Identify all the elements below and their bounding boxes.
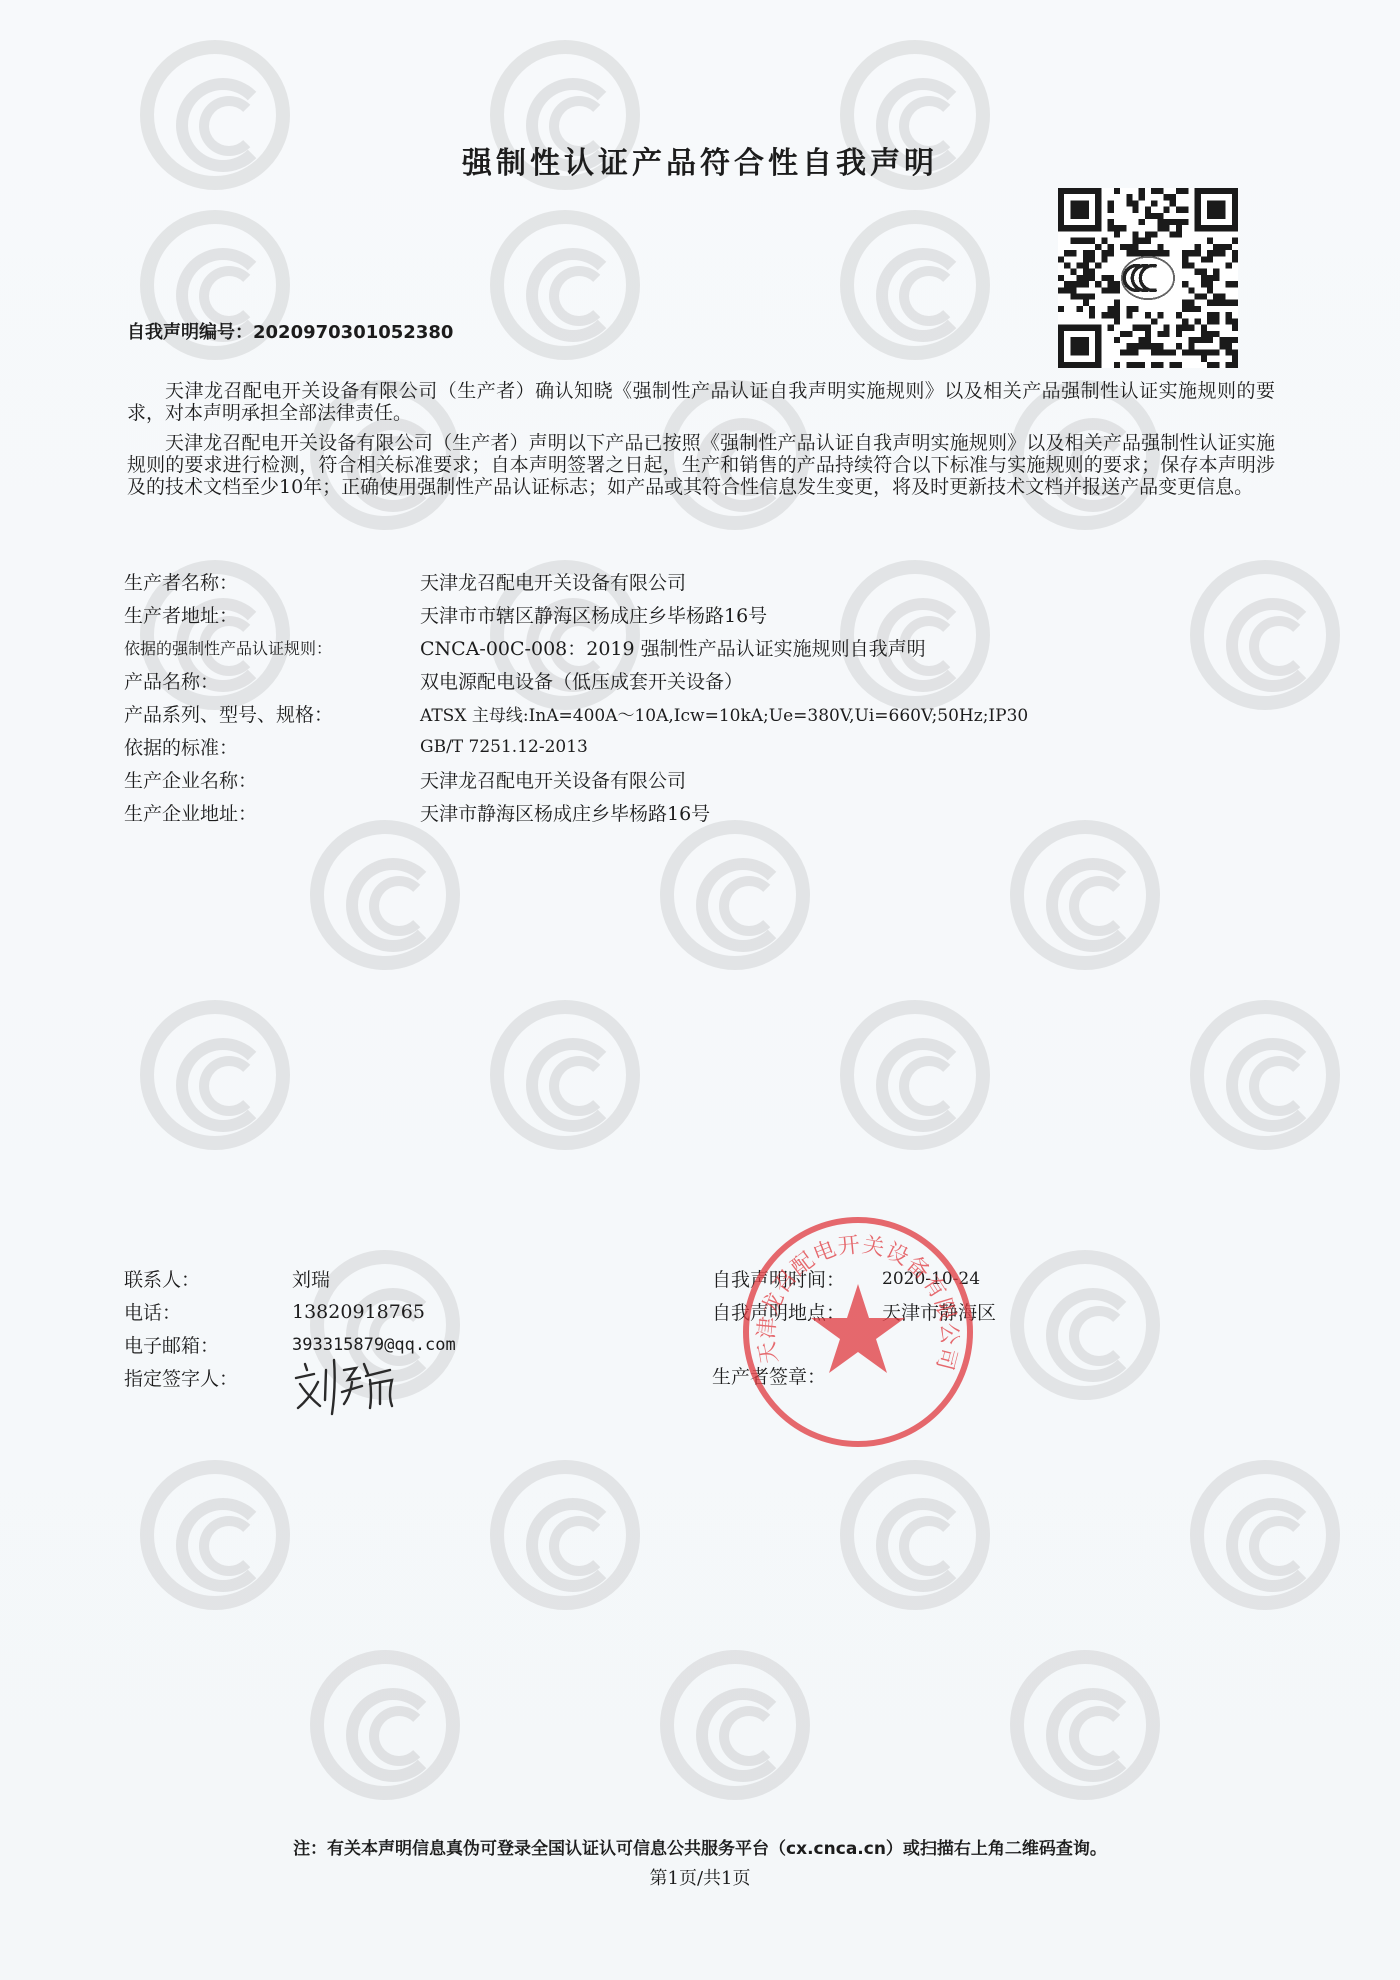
- ccc-watermark-icon: [490, 1460, 640, 1610]
- field-row: 产品名称：双电源配电设备（低压成套开关设备）: [124, 664, 1028, 697]
- ccc-watermark-icon: [840, 1000, 990, 1150]
- contact-row: 联系人：刘瑞: [124, 1262, 456, 1295]
- ccc-watermark-icon: [840, 210, 990, 360]
- company-seal: 天津龙召配电开关设备有限公司: [738, 1212, 978, 1452]
- document-title: 强制性认证产品符合性自我声明: [0, 138, 1400, 182]
- field-row: 生产企业名称：天津龙召配电开关设备有限公司: [124, 763, 1028, 796]
- ccc-watermark-icon: [1190, 1000, 1340, 1150]
- ccc-watermark-icon: [1010, 1650, 1160, 1800]
- ccc-watermark-icon: [660, 820, 810, 970]
- contact-row: 电话：13820918765: [124, 1295, 456, 1328]
- declaration-number-label: 自我声明编号：: [127, 322, 253, 343]
- declaration-page: 强制性认证产品符合性自我声明 自我声明编号：2020970301052380 天…: [0, 0, 1400, 1980]
- ccc-watermark-icon: [490, 1000, 640, 1150]
- ccc-watermark-icon: [490, 210, 640, 360]
- handwritten-signature: [292, 1356, 402, 1416]
- contact-row: 电子邮箱：393315879@qq.com: [124, 1328, 456, 1361]
- paragraph-1: 天津龙召配电开关设备有限公司（生产者）确认知晓《强制性产品认证自我声明实施规则》…: [127, 380, 1275, 424]
- qr-code[interactable]: [1058, 188, 1238, 368]
- product-fields: 生产者名称：天津龙召配电开关设备有限公司 生产者地址：天津市市辖区静海区杨成庄乡…: [124, 565, 1028, 829]
- page-indicator: 第1页/共1页: [0, 1864, 1400, 1890]
- ccc-watermark-icon: [1190, 560, 1340, 710]
- paragraph-2: 天津龙召配电开关设备有限公司（生产者）声明以下产品已按照《强制性产品认证自我声明…: [127, 432, 1275, 498]
- ccc-watermark-icon: [310, 1650, 460, 1800]
- ccc-watermark-icon: [140, 1460, 290, 1610]
- field-row: 依据的强制性产品认证规则：CNCA-00C-008：2019 强制性产品认证实施…: [124, 631, 1028, 664]
- footer-note: 注：有关本声明信息真伪可登录全国认证认可信息公共服务平台（cx.cnca.cn）…: [0, 1834, 1400, 1859]
- field-row: 依据的标准：GB/T 7251.12-2013: [124, 730, 1028, 763]
- ccc-watermark-icon: [1010, 820, 1160, 970]
- ccc-watermark-icon: [840, 1460, 990, 1610]
- ccc-watermark-icon: [1010, 1250, 1160, 1400]
- declaration-body: 天津龙召配电开关设备有限公司（生产者）确认知晓《强制性产品认证自我声明实施规则》…: [127, 380, 1275, 506]
- field-row: 生产者名称：天津龙召配电开关设备有限公司: [124, 565, 1028, 598]
- contact-info: 联系人：刘瑞 电话：13820918765 电子邮箱：393315879@qq.…: [124, 1262, 456, 1394]
- star-icon: [811, 1284, 905, 1373]
- ccc-watermark-icon: [1190, 1460, 1340, 1610]
- ccc-watermark-icon: [660, 1650, 810, 1800]
- field-row: 生产者地址：天津市市辖区静海区杨成庄乡毕杨路16号: [124, 598, 1028, 631]
- contact-row: 指定签字人：: [124, 1361, 456, 1394]
- declaration-number: 自我声明编号：2020970301052380: [127, 318, 453, 344]
- declaration-number-value: 2020970301052380: [253, 322, 453, 343]
- field-row: 生产企业地址：天津市静海区杨成庄乡毕杨路16号: [124, 796, 1028, 829]
- field-row: 产品系列、型号、规格：ATSX 主母线:InA=400A～10A,Icw=10k…: [124, 697, 1028, 730]
- ccc-watermark-icon: [140, 1000, 290, 1150]
- ccc-watermark-icon: [310, 820, 460, 970]
